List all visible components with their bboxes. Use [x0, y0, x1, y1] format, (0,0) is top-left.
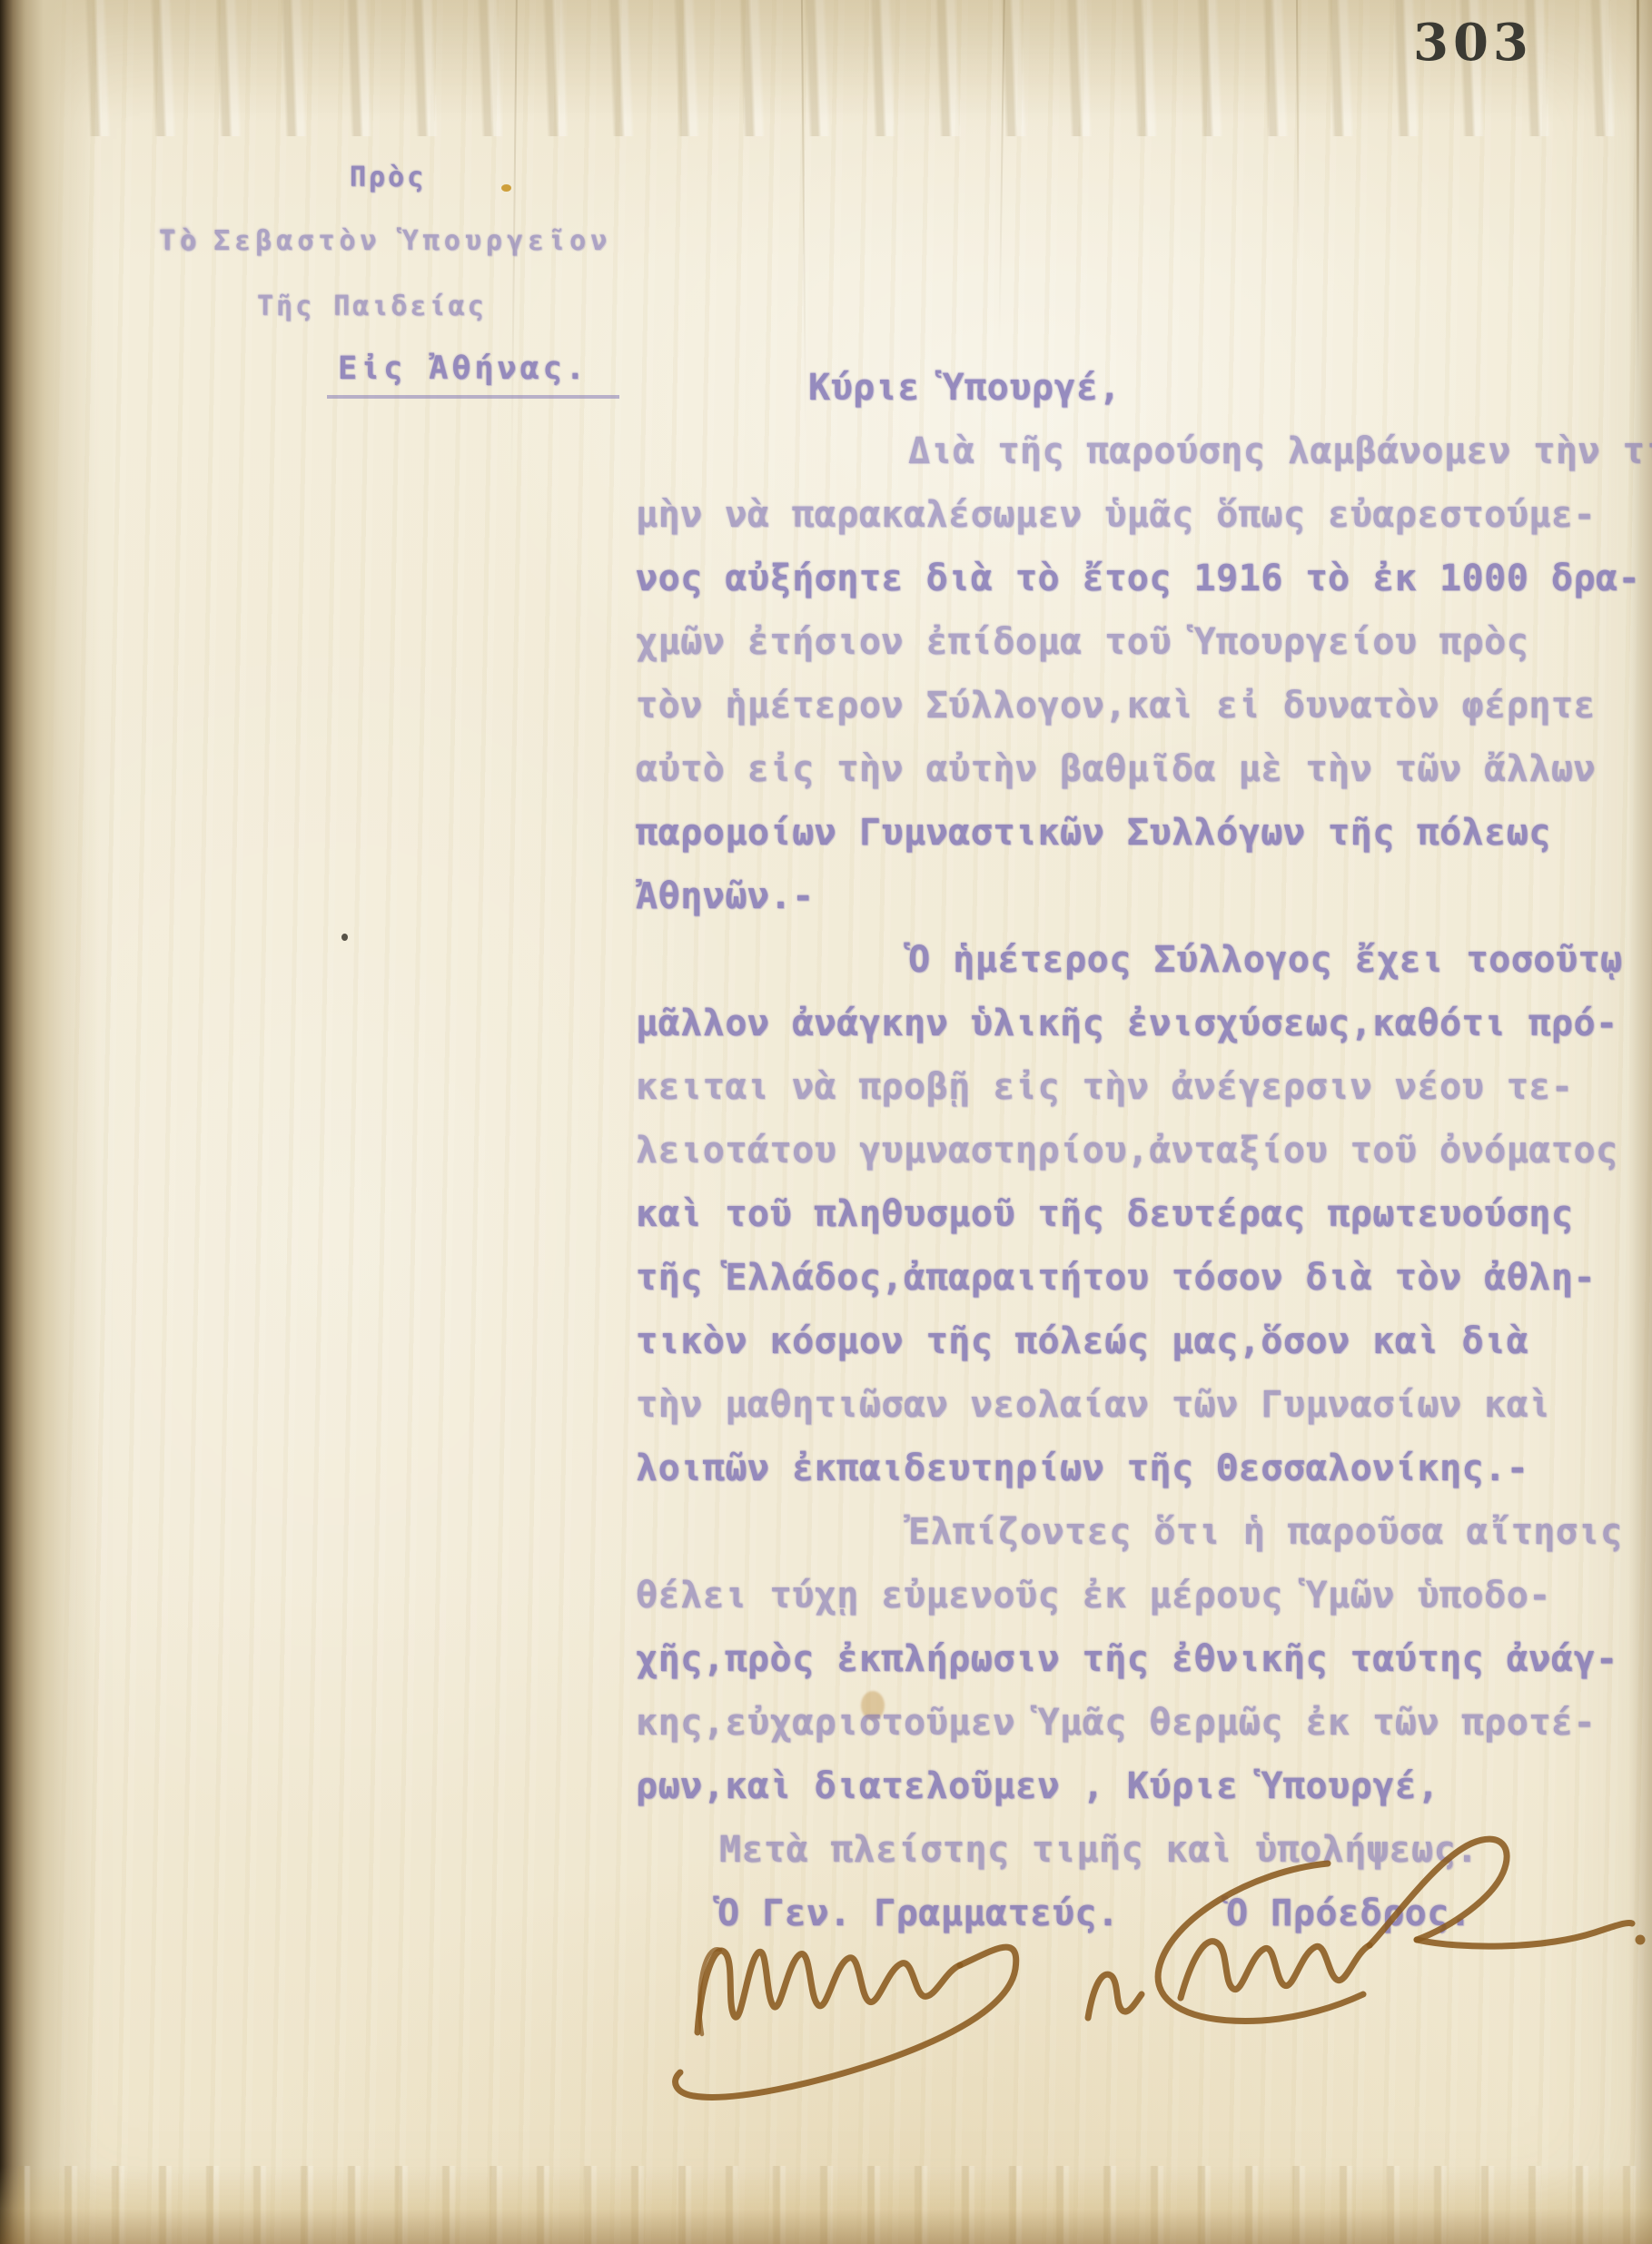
page-number: 303 [1413, 13, 1533, 73]
letter-line: καὶ τοῦ πληθυσμοῦ τῆς δευτέρας πρωτευούσ… [636, 1182, 1652, 1246]
letter-line: Διὰ τῆς παρούσης λαμβάνομεν τὴν τι- [636, 420, 1652, 483]
letter-line: λειοτάτου γυμναστηρίου,ἀνταξίου τοῦ ὀνόμ… [636, 1119, 1652, 1182]
paper-speck [341, 934, 348, 941]
letter-line: αὐτὸ εἰς τὴν αὐτὴν βαθμῖδα μὲ τὴν τῶν ἄλ… [636, 737, 1652, 801]
paper-speck [501, 184, 511, 192]
address-to-label: Πρὸς [350, 162, 426, 193]
letter-line: χμῶν ἐτήσιον ἐπίδομα τοῦ Ὑπουργείου πρὸς [636, 610, 1652, 674]
letter-line: ρων,καὶ διατελοῦμεν , Κύριε Ὑπουργέ, [636, 1755, 1652, 1818]
secretary-title: Ὁ Γεν. Γραμματεύς. [717, 1882, 1119, 1945]
letter-line: τὴν μαθητιῶσαν νεολαίαν τῶν Γυμνασίων κα… [636, 1373, 1652, 1437]
address-ministry-rest: Σεβαστὸν Ὑπουργεῖον [213, 225, 611, 257]
address-department-line: Τῆς Παιδείας [257, 291, 487, 322]
secretary-signature [676, 1947, 1016, 2097]
letter-salutation: Κύριε Ὑπουργέ, [636, 356, 1652, 420]
letter-line: Ἀθηνῶν.- [636, 865, 1652, 928]
letter-line: τικὸν κόσμον τῆς πόλεώς μας,ὅσον καὶ διὰ [636, 1310, 1652, 1373]
letter-body: Κύριε Ὑπουργέ, Διὰ τῆς παρούσης λαμβάνομ… [636, 356, 1652, 1882]
letter-line: θέλει τύχῃ εὐμενοῦς ἐκ μέρους Ὑμῶν ὑποδο… [636, 1564, 1652, 1627]
letter-line: τὸν ἡμέτερον Σύλλογον,καὶ εἰ δυνατὸν φέρ… [636, 674, 1652, 737]
letter-line: λοιπῶν ἐκπαιδευτηρίων τῆς Θεσσαλονίκης.- [636, 1437, 1652, 1500]
letter-line: κειται νὰ προβῇ εἰς τὴν ἀνέγερσιν νέου τ… [636, 1055, 1652, 1119]
letter-line: Ὁ ἡμέτερος Σύλλογος ἔχει τοσοῦτῳ [636, 928, 1652, 992]
letter-line: τῆς Ἑλλάδος,ἀπαραιτήτου τόσον διὰ τὸν ἀθ… [636, 1246, 1652, 1310]
address-ministry-line: ΤὸΣεβαστὸν Ὑπουργεῖον [159, 225, 611, 257]
letter-line: χῆς,πρὸς ἐκπλήρωσιν τῆς ἐθνικῆς ταύτης ἀ… [636, 1627, 1652, 1691]
address-ministry-prefix: Τὸ [159, 225, 201, 257]
letter-line: παρομοίων Γυμναστικῶν Συλλόγων τῆς πόλεω… [636, 801, 1652, 865]
page-right-edge-line [1637, 0, 1639, 381]
letter-line: κης,εὐχαριστοῦμεν Ὑμᾶς θερμῶς ἐκ τῶν προ… [636, 1691, 1652, 1755]
president-title: Ὁ Πρόεδρος. [1226, 1882, 1471, 1945]
letter-line: μὴν νὰ παρακαλέσωμεν ὑμᾶς ὅπως εὐαρεστού… [636, 483, 1652, 547]
letter-closing: Μετὰ πλείστης τιμῆς καὶ ὑπολήψεως. [636, 1818, 1652, 1882]
paper-bottom-edge [0, 2166, 1652, 2244]
letter-line: νος αὐξήσητε διὰ τὸ ἔτος 1916 τὸ ἐκ 1000… [636, 547, 1652, 610]
paper-top-crumple-shadow [0, 0, 1652, 136]
binding-edge-shadow [0, 0, 100, 2244]
address-city-underlined: Εἰς Ἀθήνας. [327, 351, 619, 399]
scanned-letter-page: 303 Πρὸς ΤὸΣεβαστὸν Ὑπουργεῖον Τῆς Παιδε… [0, 0, 1652, 2244]
address-city-line: Εἰς Ἀθήνας. [338, 351, 619, 399]
letter-line: Ἐλπίζοντες ὅτι ἡ παροῦσα αἴτησις [636, 1500, 1652, 1564]
letter-line: μᾶλλον ἀνάγκην ὑλικῆς ἐνισχύσεως,καθότι … [636, 992, 1652, 1055]
